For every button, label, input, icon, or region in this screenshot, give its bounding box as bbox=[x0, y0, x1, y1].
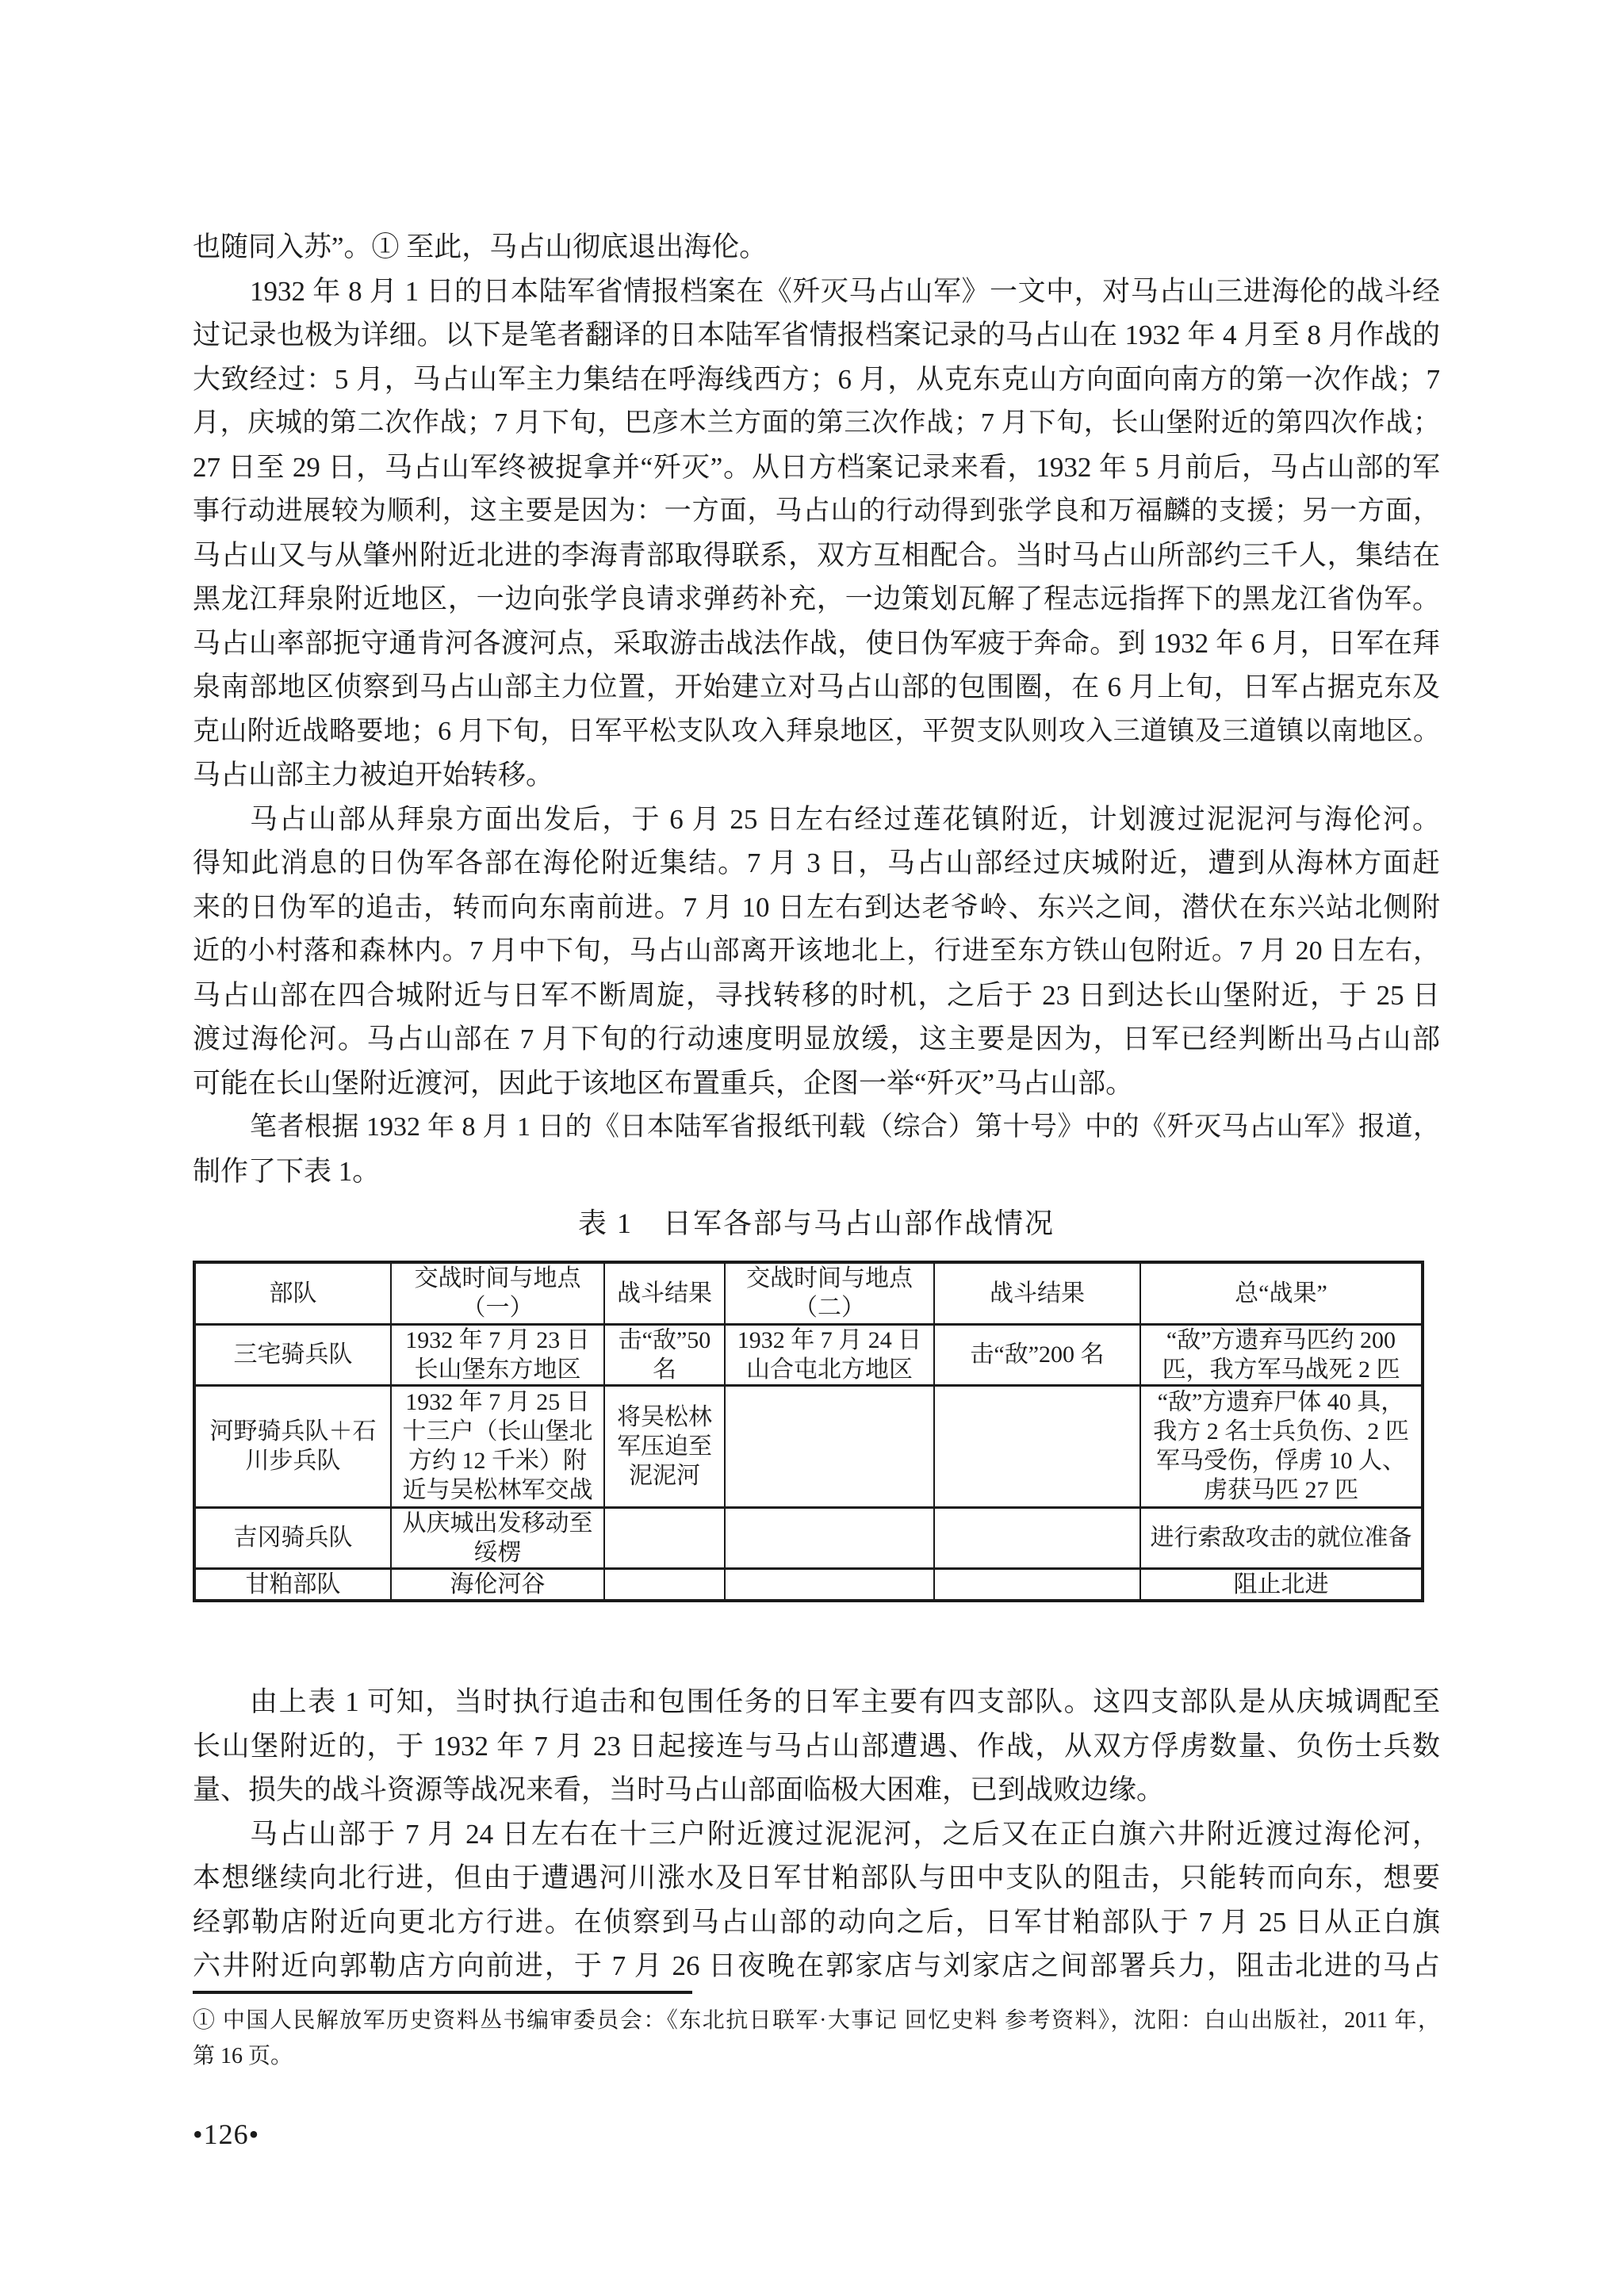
text-line: 黑龙江拜泉附近地区，一边向张学良请求弹药补充，一边策划瓦解了程志远指挥下的黑龙江… bbox=[193, 577, 1440, 622]
text-line: 马占山率部扼守通肯河各渡河点，采取游击战法作战，使日伪军疲于奔命。到 1932 … bbox=[193, 622, 1440, 666]
footnote-separator bbox=[193, 1991, 692, 1994]
text-line: 得知此消息的日伪军各部在海伦附近集结。7 月 3 日，马占山部经过庆城附近，遭到… bbox=[193, 841, 1440, 886]
text-line: 马占山部主力被迫开始转移。 bbox=[193, 753, 1440, 798]
text-line: 笔者根据 1932 年 8 月 1 日的《日本陆军省报纸刊载（综合）第十号》中的… bbox=[193, 1105, 1440, 1150]
footnote-line: ① 中国人民解放军历史资料丛书编审委员会：《东北抗日联军·大事记 回忆史料 参考… bbox=[193, 2003, 1440, 2038]
text-line: 1932 年 8 月 1 日的日本陆军省情报档案在《歼灭马占山军》一文中，对马占… bbox=[193, 270, 1440, 314]
text-line: 也随同入苏”。① 至此，马占山彻底退出海伦。 bbox=[193, 225, 1440, 270]
table-header-cell: 交战时间与地点 （二） bbox=[725, 1262, 934, 1324]
table-cell bbox=[725, 1507, 934, 1568]
table-cell: 将吴松林 军压迫至 泥泥河 bbox=[604, 1385, 725, 1507]
text-line: 月，庆城的第二次作战；7 月下旬，巴彦木兰方面的第三次作战；7 月下旬，长山堡附… bbox=[193, 401, 1440, 446]
table-cell: 吉冈骑兵队 bbox=[194, 1507, 391, 1568]
footnote-line: 第 16 页。 bbox=[193, 2038, 1440, 2074]
text-line: 马占山部从拜泉方面出发后，于 6 月 25 日左右经过莲花镇附近，计划渡过泥泥河… bbox=[193, 798, 1440, 842]
text-line: 经郭勒店附近向更北方行进。在侦察到马占山部的动向之后，日军甘粕部队于 7 月 2… bbox=[193, 1900, 1440, 1945]
table-header-cell: 战斗结果 bbox=[604, 1262, 725, 1324]
document-page: 也随同入苏”。① 至此，马占山彻底退出海伦。1932 年 8 月 1 日的日本陆… bbox=[0, 0, 1624, 2296]
battle-table-wrapper: 部队交战时间与地点 （一）战斗结果交战时间与地点 （二）战斗结果总“战果” 三宅… bbox=[193, 1261, 1424, 1602]
footnote: ① 中国人民解放军历史资料丛书编审委员会：《东北抗日联军·大事记 回忆史料 参考… bbox=[193, 2003, 1440, 2074]
text-line: 泉南部地区侦察到马占山部主力位置，开始建立对马占山部的包围圈，在 6 月上旬，日… bbox=[193, 665, 1440, 710]
table-cell: 海伦河谷 bbox=[391, 1568, 604, 1601]
table-cell: 1932 年 7 月 25 日 十三户（长山堡北 方约 12 千米）附 近与吴松… bbox=[391, 1385, 604, 1507]
text-line: 渡过海伦河。马占山部在 7 月下旬的行动速度明显放缓，这主要是因为，日军已经判断… bbox=[193, 1017, 1440, 1062]
text-line: 大致经过：5 月，马占山军主力集结在呼海线西方；6 月，从克东克山方向面向南方的… bbox=[193, 358, 1440, 402]
table-cell bbox=[725, 1385, 934, 1507]
text-line: 长山堡附近的，于 1932 年 7 月 23 日起接连与马占山部遭遇、作战，从双… bbox=[193, 1724, 1440, 1769]
text-line: 量、损失的战斗资源等战况来看，当时马占山部面临极大困难，已到战败边缘。 bbox=[193, 1768, 1440, 1812]
table-cell: 甘粕部队 bbox=[194, 1568, 391, 1601]
table-cell: 1932 年 7 月 24 日 山合屯北方地区 bbox=[725, 1324, 934, 1385]
table-row: 河野骑兵队＋石 川步兵队1932 年 7 月 25 日 十三户（长山堡北 方约 … bbox=[194, 1385, 1423, 1507]
text-line: 可能在长山堡附近渡河，因此于该地区布置重兵，企图一举“歼灭”马占山部。 bbox=[193, 1062, 1440, 1106]
table-cell: 1932 年 7 月 23 日 长山堡东方地区 bbox=[391, 1324, 604, 1385]
table-header-row: 部队交战时间与地点 （一）战斗结果交战时间与地点 （二）战斗结果总“战果” bbox=[194, 1262, 1423, 1324]
text-line: 六井附近向郭勒店方向前进，于 7 月 26 日夜晚在郭家店与刘家店之间部署兵力，… bbox=[193, 1944, 1440, 1988]
text-line: 过记录也极为详细。以下是笔者翻译的日本陆军省情报档案记录的马占山在 1932 年… bbox=[193, 313, 1440, 358]
table-cell: 进行索敌攻击的就位准备 bbox=[1140, 1507, 1423, 1568]
table-cell: 阻止北进 bbox=[1140, 1568, 1423, 1601]
table-header-cell: 战斗结果 bbox=[934, 1262, 1140, 1324]
table-cell: 从庆城出发移动至 绥楞 bbox=[391, 1507, 604, 1568]
table-cell bbox=[604, 1568, 725, 1601]
table-header-cell: 总“战果” bbox=[1140, 1262, 1423, 1324]
table-cell: “敌”方遗弃马匹约 200 匹，我方军马战死 2 匹 bbox=[1140, 1324, 1423, 1385]
text-line: 事行动进展较为顺利，这主要是因为：一方面，马占山的行动得到张学良和万福麟的支援；… bbox=[193, 489, 1440, 534]
table-cell bbox=[604, 1507, 725, 1568]
table-cell bbox=[725, 1568, 934, 1601]
body-paragraphs: 也随同入苏”。① 至此，马占山彻底退出海伦。1932 年 8 月 1 日的日本陆… bbox=[193, 225, 1440, 1193]
text-line: 制作了下表 1。 bbox=[193, 1150, 1440, 1194]
table-caption: 表 1 日军各部与马占山部作战情况 bbox=[193, 1197, 1440, 1249]
table-header-cell: 部队 bbox=[194, 1262, 391, 1324]
text-line: 本想继续向北行进，但由于遭遇河川涨水及日军甘粕部队与田中支队的阻击，只能转而向东… bbox=[193, 1856, 1440, 1900]
table-cell: “敌”方遗弃尸体 40 具， 我方 2 名士兵负伤、2 匹 军马受伤，俘虏 10… bbox=[1140, 1385, 1423, 1507]
text-line: 来的日伪军的追击，转而向东南前进。7 月 10 日左右到达老爷岭、东兴之间，潜伏… bbox=[193, 886, 1440, 930]
table-cell: 河野骑兵队＋石 川步兵队 bbox=[194, 1385, 391, 1507]
text-line: 马占山又与从肇州附近北进的李海青部取得联系，双方互相配合。当时马占山所部约三千人… bbox=[193, 534, 1440, 578]
table-row: 甘粕部队海伦河谷阻止北进 bbox=[194, 1568, 1423, 1601]
page-number: •126• bbox=[193, 2118, 259, 2150]
table-row: 吉冈骑兵队从庆城出发移动至 绥楞进行索敌攻击的就位准备 bbox=[194, 1507, 1423, 1568]
table-row: 部队交战时间与地点 （一）战斗结果交战时间与地点 （二）战斗结果总“战果” bbox=[194, 1262, 1423, 1324]
table-body: 三宅骑兵队1932 年 7 月 23 日 长山堡东方地区击“敌”50 名1932… bbox=[194, 1324, 1423, 1601]
table-cell: 击“敌”50 名 bbox=[604, 1324, 725, 1385]
body-paragraphs-after-table: 由上表 1 可知，当时执行追击和包围任务的日军主要有四支部队。这四支部队是从庆城… bbox=[193, 1680, 1440, 1988]
table-cell bbox=[934, 1385, 1140, 1507]
text-line: 27 日至 29 日，马占山军终被捉拿并“歼灭”。从日方档案记录来看，1932 … bbox=[193, 446, 1440, 490]
text-line: 马占山部在四合城附近与日军不断周旋，寻找转移的时机，之后于 23 日到达长山堡附… bbox=[193, 974, 1440, 1018]
table-row: 三宅骑兵队1932 年 7 月 23 日 长山堡东方地区击“敌”50 名1932… bbox=[194, 1324, 1423, 1385]
table-cell bbox=[934, 1568, 1140, 1601]
battle-table: 部队交战时间与地点 （一）战斗结果交战时间与地点 （二）战斗结果总“战果” 三宅… bbox=[193, 1261, 1424, 1602]
text-line: 马占山部于 7 月 24 日左右在十三户附近渡过泥泥河，之后又在正白旗六井附近渡… bbox=[193, 1812, 1440, 1857]
text-line: 克山附近战略要地；6 月下旬，日军平松支队攻入拜泉地区，平贺支队则攻入三道镇及三… bbox=[193, 710, 1440, 754]
text-line: 由上表 1 可知，当时执行追击和包围任务的日军主要有四支部队。这四支部队是从庆城… bbox=[193, 1680, 1440, 1724]
text-line: 近的小村落和森林内。7 月中下旬，马占山部离开该地北上，行进至东方铁山包附近。7… bbox=[193, 929, 1440, 974]
table-cell bbox=[934, 1507, 1140, 1568]
table-cell: 击“敌”200 名 bbox=[934, 1324, 1140, 1385]
table-header-cell: 交战时间与地点 （一） bbox=[391, 1262, 604, 1324]
table-cell: 三宅骑兵队 bbox=[194, 1324, 391, 1385]
